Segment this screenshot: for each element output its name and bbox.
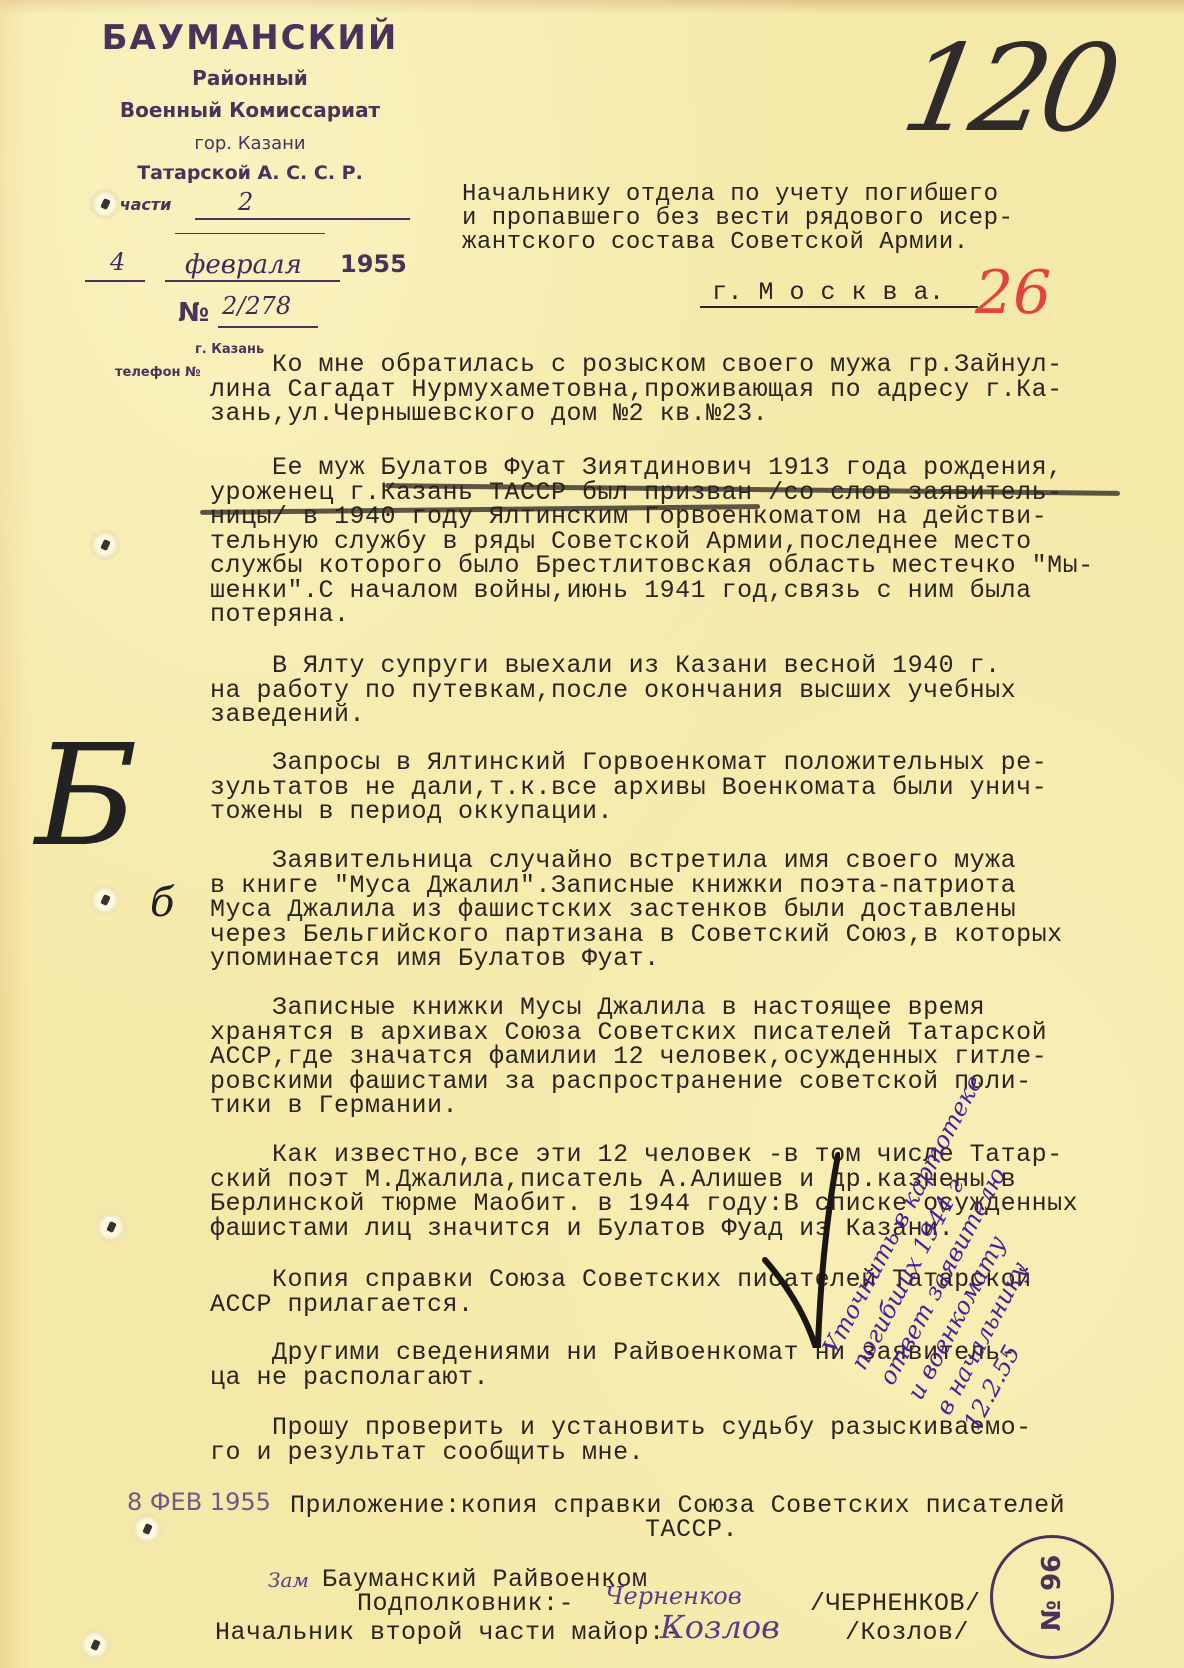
addressee-city: г. М о с к в а.: [712, 280, 945, 305]
body-line: тожены в период оккупации.: [210, 799, 613, 824]
signature-line-3-name: /Козлов/: [845, 1620, 969, 1645]
stamp-line-city: гор. Казани: [85, 133, 415, 154]
body-line: Записные книжки Мусы Джалила в настоящее…: [210, 995, 985, 1020]
margin-mark-letter: Б: [35, 715, 138, 878]
body-line: В Ялту супруги выехали из Казани весной …: [210, 653, 1001, 678]
binding-hole: [130, 1512, 164, 1546]
body-line: шенки".С началом войны,июнь 1941 год,свя…: [210, 578, 1032, 603]
body-line: го и результат сообщить мне.: [210, 1440, 644, 1465]
body-line: заведений.: [210, 702, 365, 727]
stamp-date-month: февраля: [185, 250, 302, 280]
addressee-line-1: Начальнику отдела по учету погибшего: [462, 183, 998, 207]
stamp-date-rule: [165, 280, 340, 282]
stamp-part-value: 2: [238, 188, 253, 216]
stamp-date-year: 1955: [340, 250, 407, 278]
stamp-number-rule: [218, 326, 318, 328]
stamp-title: БАУМАНСКИЙ: [85, 18, 415, 58]
body-line: Запросы в Ялтинский Горвоенкомат положит…: [210, 750, 1047, 775]
stamp-date-rule: [85, 280, 145, 282]
body-line: хранятся в архивах Союза Советских писат…: [210, 1020, 1047, 1045]
body-line: Ее муж Булатов Фуат Зиятдинович 1913 год…: [210, 455, 1063, 480]
binding-hole: [88, 883, 122, 917]
stamp-line-district: Районный: [85, 66, 415, 90]
body-line: Заявительница случайно встретила имя сво…: [210, 848, 1016, 873]
signature-kozlov: Козлов: [660, 1608, 780, 1646]
body-line: службы которого было Брестлитовская обла…: [210, 553, 1094, 578]
body-line: АССР прилагается.: [210, 1292, 474, 1317]
body-line: тики в Германии.: [210, 1093, 458, 1118]
registry-number: № 96: [1037, 1534, 1067, 1652]
addressee-line-3: жантского состава Советской Армии.: [462, 231, 969, 255]
stamp-ornament-rule: [175, 233, 325, 234]
body-line: зультатов не дали,т.к.все архивы Военком…: [210, 775, 1047, 800]
body-line: лина Сагадат Нурмухаметовна,проживающая …: [210, 377, 1063, 402]
body-line: тельную службу в ряды Советской Армии,по…: [210, 529, 1032, 554]
body-line: зань,ул.Чернышевского дом №2 кв.№23.: [210, 401, 768, 426]
stamp-line-republic: Татарской А. С. С. Р.: [85, 162, 415, 184]
binding-hole: [94, 1210, 128, 1244]
body-line: потеряна.: [210, 602, 350, 627]
archival-document-page: БАУМАНСКИЙ Районный Военный Комиссариат …: [0, 0, 1184, 1668]
signature-line-2: Подполковник:-: [357, 1591, 574, 1616]
body-line: на работу по путевкам,после окончания вы…: [210, 678, 1016, 703]
binding-hole: [78, 1628, 112, 1662]
addressee-line-2: и пропавшего без вести рядового исер-: [462, 207, 1013, 231]
signature-zam: Зам: [268, 1568, 309, 1592]
stamp-number-value: 2/278: [222, 292, 291, 320]
signature-line-2-name: /ЧЕРНЕНКОВ/: [810, 1591, 981, 1616]
stamp-rule: [195, 218, 410, 220]
stamp-phone-label: телефон №: [115, 365, 201, 380]
body-line: Муса Джалила из фашистских застенков был…: [210, 897, 1016, 922]
addressee-city-underline: [700, 306, 978, 308]
body-line: Прошу проверить и установить судьбу разы…: [210, 1415, 1032, 1440]
body-line: через Бельгийского партизана в Советский…: [210, 922, 1063, 947]
body-line: фашистами лиц значится и Булатов Фуад из…: [210, 1216, 954, 1241]
registry-circle-stamp: № 96: [990, 1535, 1114, 1659]
body-line: в книге "Муса Джалил".Записные книжки по…: [210, 873, 1016, 898]
stamp-date-day: 4: [110, 248, 125, 276]
pencil-page-number: 120: [893, 20, 1123, 159]
margin-mark-small: б: [150, 880, 174, 926]
body-line: АССР,где значатся фамилии 12 человек,осу…: [210, 1044, 1047, 1069]
binding-hole: [88, 528, 122, 562]
body-line: упоминается имя Булатов Фуат.: [210, 946, 660, 971]
signature-chernenkov: Черненков: [605, 1582, 742, 1610]
stamp-line-commissariat: Военный Комиссариат: [85, 98, 415, 122]
red-registry-number: 26: [975, 258, 1051, 328]
body-line: ский поэт М.Джалила,писатель А.Алишев и …: [210, 1167, 1016, 1192]
stamp-number-label: №: [178, 298, 209, 328]
body-line: ца не располагают.: [210, 1365, 489, 1390]
body-line: ровскими фашистами за распространение со…: [210, 1069, 1032, 1094]
binding-hole: [88, 187, 122, 221]
signature-line-3: Начальник второй части майор:-: [215, 1620, 680, 1645]
attachment-line-2: ТАССР.: [645, 1517, 738, 1542]
body-line: Ко мне обратилась с розыском своего мужа…: [210, 352, 1063, 377]
